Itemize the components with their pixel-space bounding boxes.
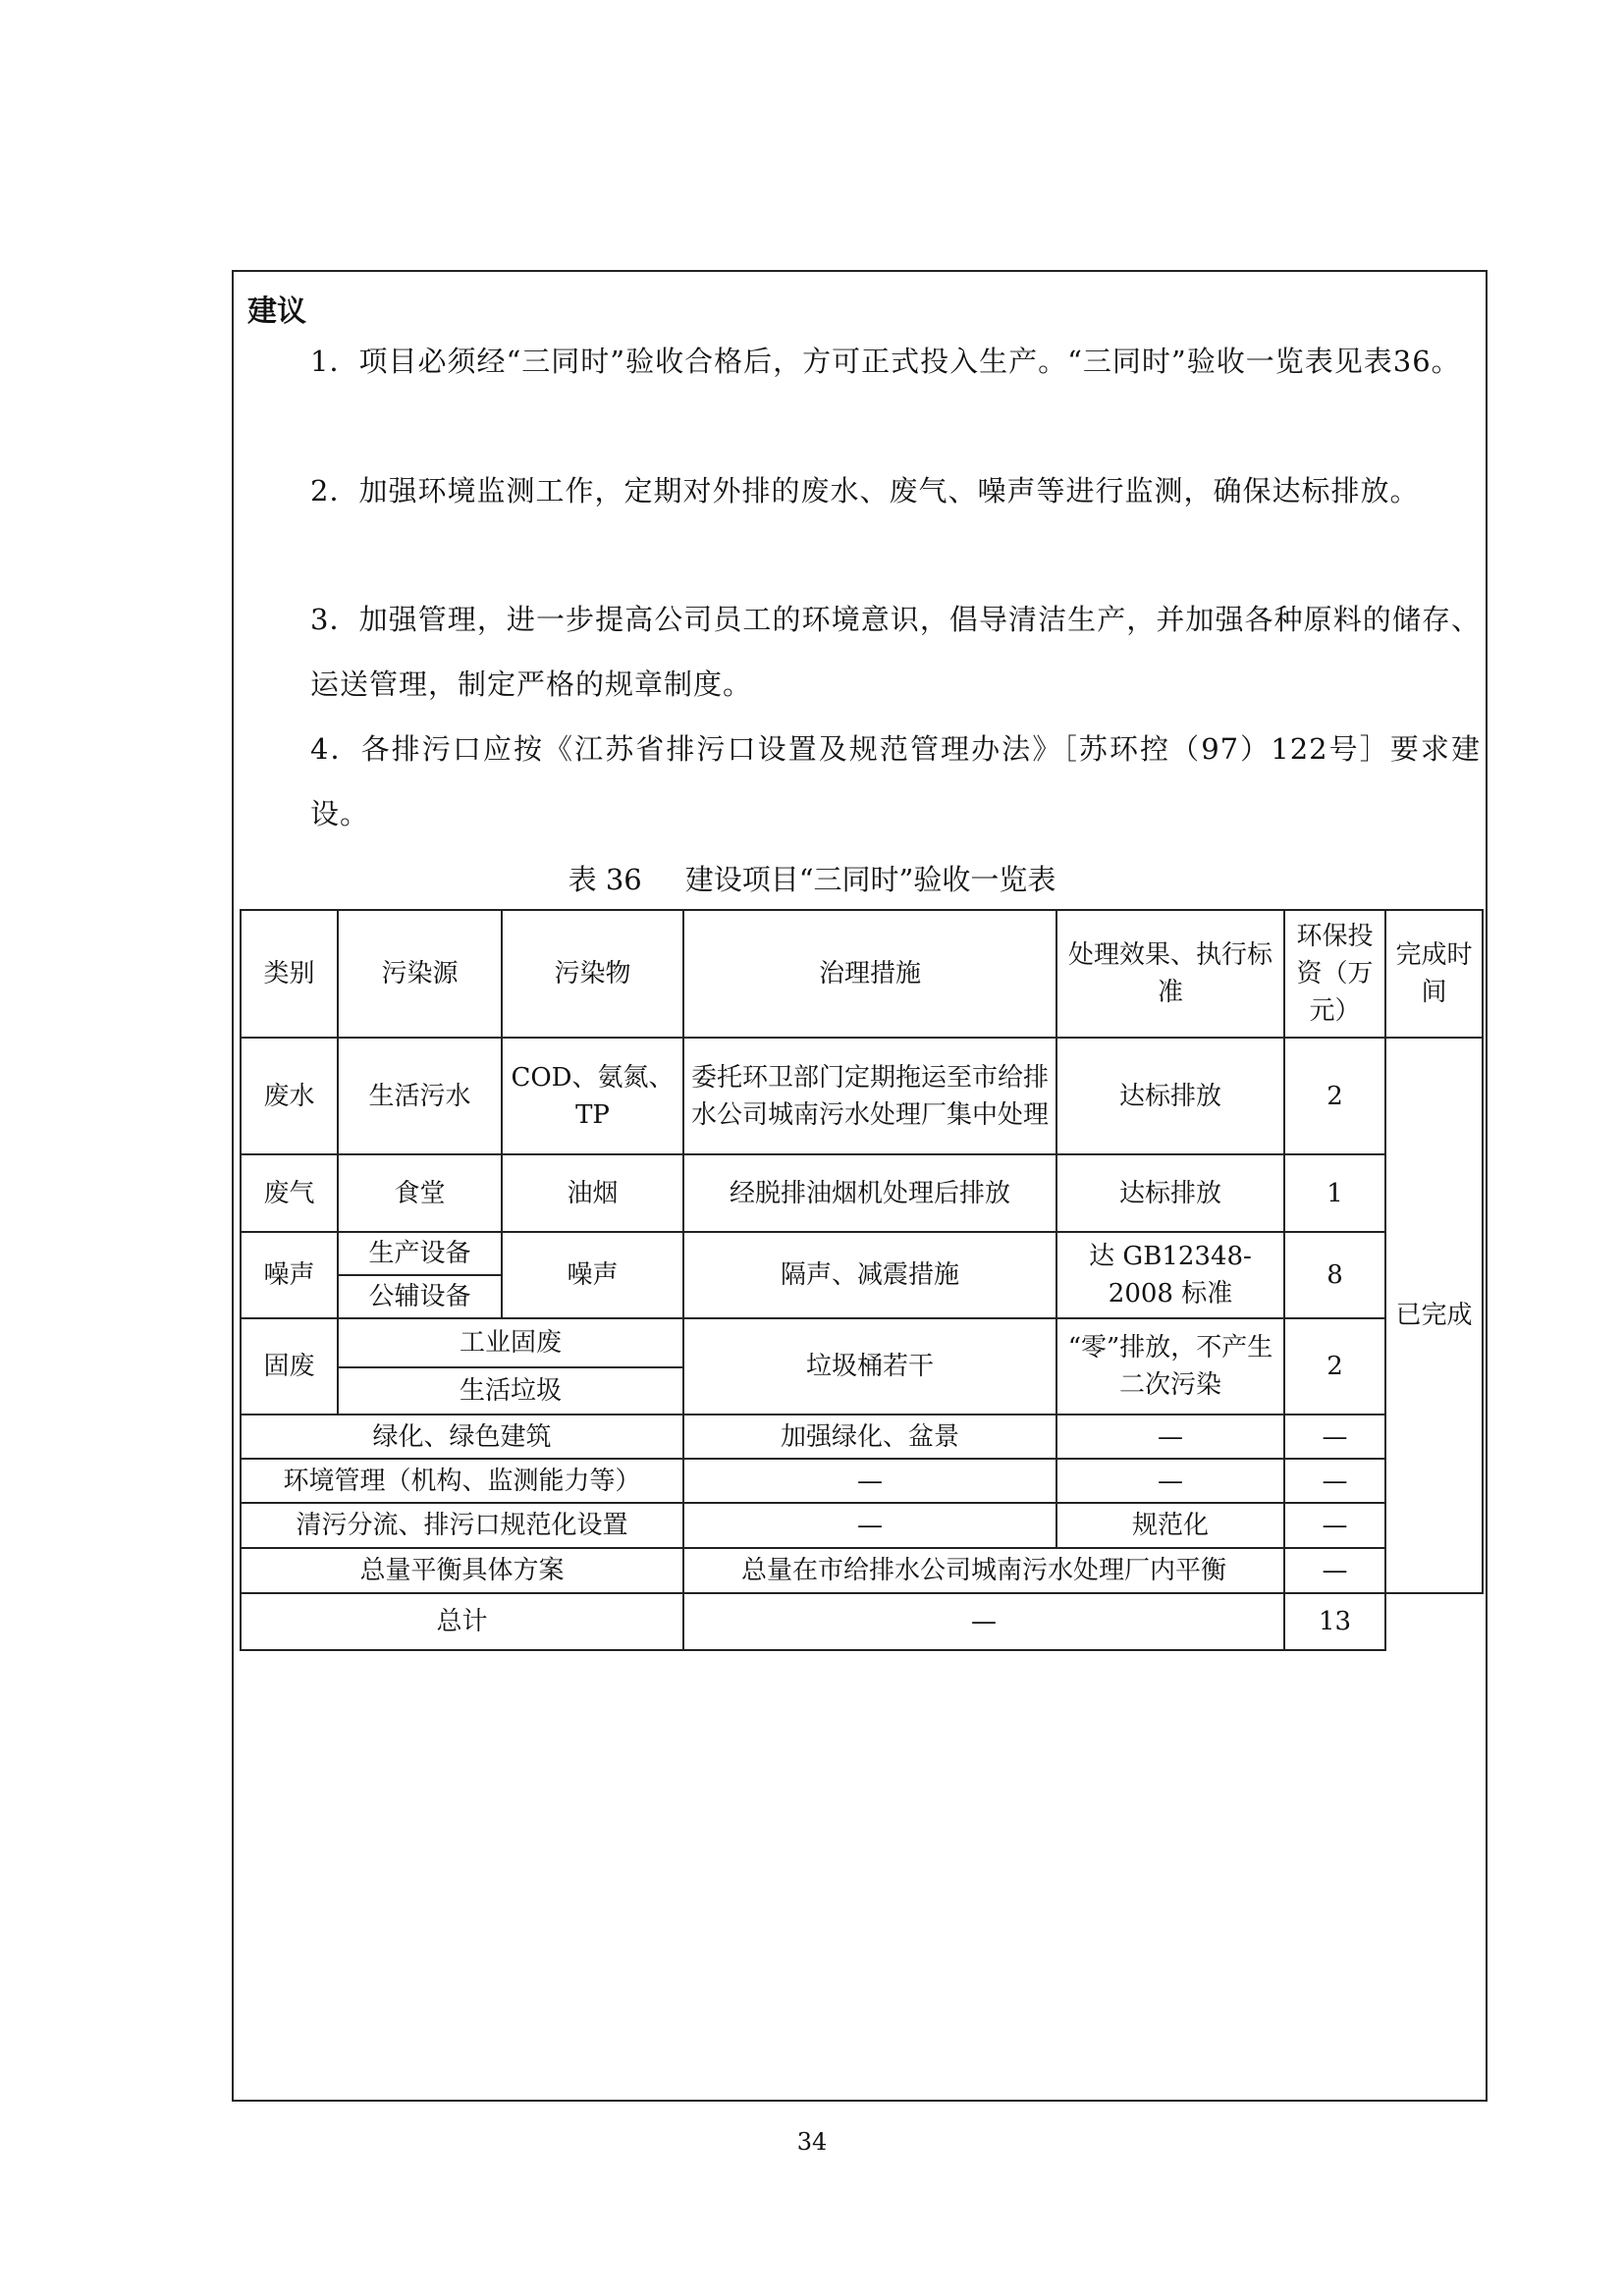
- cell-investment: —: [1284, 1459, 1385, 1503]
- cell-measures: 委托环卫部门定期拖运至市给排水公司城南污水处理厂集中处理: [683, 1038, 1056, 1154]
- table-caption-number: 表 36: [568, 863, 642, 896]
- cell-measures: —: [683, 1459, 1056, 1503]
- cell-label: 绿化、绿色建筑: [241, 1415, 683, 1459]
- table-row-total: 总计 — 13: [241, 1593, 1483, 1650]
- cell-effect: “零”排放，不产生二次污染: [1056, 1318, 1284, 1415]
- paragraph-2: 2．加强环境监测工作，定期对外排的废水、废气、噪声等进行监测，确保达标排放。: [247, 458, 1481, 523]
- cell-category: 废水: [241, 1038, 338, 1154]
- cell-pollutant: 噪声: [502, 1232, 683, 1318]
- cell-category: 噪声: [241, 1232, 338, 1318]
- cell-label: 总量平衡具体方案: [241, 1548, 683, 1593]
- cell-effect: 规范化: [1056, 1503, 1284, 1548]
- cell-source: 食堂: [338, 1154, 502, 1232]
- cell-measures: —: [683, 1503, 1056, 1548]
- cell-pollutant: COD、氨氮、TP: [502, 1038, 683, 1154]
- cell-measures: —: [683, 1593, 1284, 1650]
- cell-investment: 2: [1284, 1038, 1385, 1154]
- table-row-greening: 绿化、绿色建筑 加强绿化、盆景 — —: [241, 1415, 1483, 1459]
- header-category: 类别: [241, 910, 338, 1038]
- paragraph-2-text: 2．加强环境监测工作，定期对外排的废水、废气、噪声等进行监测，确保达标排放。: [247, 458, 1481, 523]
- cell-investment: —: [1284, 1503, 1385, 1548]
- paragraph-4: 4．各排污口应按《江苏省排污口设置及规范管理办法》［苏环控（97）122号］要求…: [247, 717, 1481, 846]
- paragraph-1-text: 1．项目必须经“三同时”验收合格后，方可正式投入生产。“三同时”验收一览表见表3…: [247, 329, 1481, 394]
- table-row-wastewater: 废水 生活污水 COD、氨氮、TP 委托环卫部门定期拖运至市给排水公司城南污水处…: [241, 1038, 1483, 1154]
- table-row-env-management: 环境管理（机构、监测能力等） — — —: [241, 1459, 1483, 1503]
- cell-effect: —: [1056, 1415, 1284, 1459]
- paragraph-3: 3．加强管理，进一步提高公司员工的环境意识，倡导清洁生产，并加强各种原料的储存、…: [247, 587, 1481, 717]
- table-row-total-balance: 总量平衡具体方案 总量在市给排水公司城南污水处理厂内平衡 —: [241, 1548, 1483, 1593]
- cell-source: 公辅设备: [338, 1275, 502, 1318]
- paragraph-4-text: 4．各排污口应按《江苏省排污口设置及规范管理办法》［苏环控（97）122号］要求…: [247, 717, 1481, 846]
- table-caption: 表 36建设项目“三同时”验收一览表: [0, 858, 1624, 898]
- cell-measures: 加强绿化、盆景: [683, 1415, 1056, 1459]
- table-row-solid-waste: 固废 工业固废 垃圾桶若干 “零”排放，不产生二次污染 2: [241, 1318, 1483, 1367]
- cell-pollutant: 油烟: [502, 1154, 683, 1232]
- cell-investment: 13: [1284, 1593, 1385, 1650]
- header-measures: 治理措施: [683, 910, 1056, 1038]
- header-pollutant: 污染物: [502, 910, 683, 1038]
- acceptance-table: 类别 污染源 污染物 治理措施 处理效果、执行标准 环保投资（万元） 完成时间 …: [240, 909, 1484, 1651]
- cell-label: 环境管理（机构、监测能力等）: [241, 1459, 683, 1503]
- paragraph-1: 1．项目必须经“三同时”验收合格后，方可正式投入生产。“三同时”验收一览表见表3…: [247, 329, 1481, 394]
- header-completion: 完成时间: [1385, 910, 1483, 1038]
- cell-completion: 已完成: [1385, 1038, 1483, 1593]
- cell-label: 总计: [241, 1593, 683, 1650]
- cell-measures: 总量在市给排水公司城南污水处理厂内平衡: [683, 1548, 1284, 1593]
- page-number: 34: [0, 2128, 1624, 2156]
- table-header-row: 类别 污染源 污染物 治理措施 处理效果、执行标准 环保投资（万元） 完成时间: [241, 910, 1483, 1038]
- table-row-exhaust: 废气 食堂 油烟 经脱排油烟机处理后排放 达标排放 1: [241, 1154, 1483, 1232]
- cell-effect: —: [1056, 1459, 1284, 1503]
- cell-effect: 达标排放: [1056, 1038, 1284, 1154]
- paragraph-3-text: 3．加强管理，进一步提高公司员工的环境意识，倡导清洁生产，并加强各种原料的储存、…: [247, 587, 1481, 717]
- cell-investment: 2: [1284, 1318, 1385, 1415]
- cell-category: 废气: [241, 1154, 338, 1232]
- cell-investment: —: [1284, 1415, 1385, 1459]
- cell-measures: 隔声、减震措施: [683, 1232, 1056, 1318]
- cell-measures: 经脱排油烟机处理后排放: [683, 1154, 1056, 1232]
- cell-effect: 达标排放: [1056, 1154, 1284, 1232]
- cell-category: 固废: [241, 1318, 338, 1415]
- cell-investment: 1: [1284, 1154, 1385, 1232]
- cell-effect: 达 GB12348-2008 标准: [1056, 1232, 1284, 1318]
- cell-investment: —: [1284, 1548, 1385, 1593]
- cell-source: 生活污水: [338, 1038, 502, 1154]
- cell-source: 生活垃圾: [338, 1367, 683, 1415]
- table-caption-title: 建设项目“三同时”验收一览表: [685, 863, 1056, 896]
- cell-label: 清污分流、排污口规范化设置: [241, 1503, 683, 1548]
- table-row-outlet: 清污分流、排污口规范化设置 — 规范化 —: [241, 1503, 1483, 1548]
- table-row-noise: 噪声 生产设备 噪声 隔声、减震措施 达 GB12348-2008 标准 8: [241, 1232, 1483, 1275]
- header-effect: 处理效果、执行标准: [1056, 910, 1284, 1038]
- cell-source: 工业固废: [338, 1318, 683, 1367]
- cell-measures: 垃圾桶若干: [683, 1318, 1056, 1415]
- section-heading: 建议: [247, 287, 306, 330]
- cell-source: 生产设备: [338, 1232, 502, 1275]
- cell-investment: 8: [1284, 1232, 1385, 1318]
- header-investment: 环保投资（万元）: [1284, 910, 1385, 1038]
- header-source: 污染源: [338, 910, 502, 1038]
